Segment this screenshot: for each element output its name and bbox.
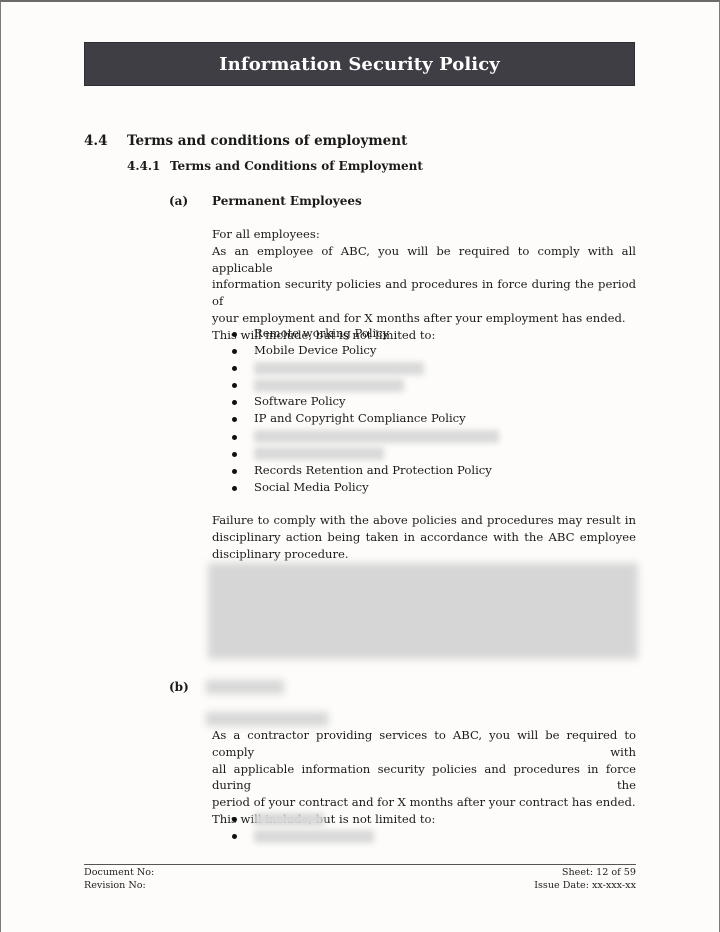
bullet-icon: [232, 486, 237, 491]
footer-divider: [84, 864, 636, 865]
redacted-item: [254, 813, 324, 826]
redacted-item: [254, 447, 384, 460]
redacted-paragraph: [208, 563, 638, 659]
sheet-number: Sheet: 12 of 59: [534, 867, 636, 880]
subsection-heading: 4.4.1Terms and Conditions of Employment: [127, 159, 423, 173]
policy-name: Software Policy: [254, 394, 346, 408]
part-b-policy-list: [230, 810, 374, 844]
policy-list-item: Mobile Device Policy: [230, 342, 499, 359]
intro-line: information security policies and proced…: [212, 276, 636, 310]
intro-line: As an employee of ABC, you will be requi…: [212, 243, 636, 277]
policy-name: Social Media Policy: [254, 480, 369, 494]
bullet-icon: [232, 417, 237, 422]
part-a-title: Permanent Employees: [212, 194, 362, 208]
bullet-icon: [232, 834, 237, 839]
policy-name: Records Retention and Protection Policy: [254, 463, 492, 477]
policy-list-item: [230, 445, 499, 462]
section-title: Terms and conditions of employment: [127, 133, 407, 149]
policy-list-item: IP and Copyright Compliance Policy: [230, 410, 499, 427]
subsection-title: Terms and Conditions of Employment: [170, 159, 423, 173]
document-number-label: Document No:: [84, 867, 154, 880]
bullet-icon: [232, 400, 237, 405]
bullet-icon: [232, 349, 237, 354]
part-b-line: period of your contract and for X months…: [212, 794, 636, 811]
bullet-icon: [232, 817, 237, 822]
policy-list-item: Software Policy: [230, 393, 499, 410]
redacted-part-b-title: [206, 680, 284, 694]
intro-line: For all employees:: [212, 226, 636, 243]
part-b-label: (b): [169, 680, 189, 694]
part-a-label: (a): [169, 194, 212, 208]
section-number: 4.4: [84, 133, 127, 149]
consequence-line: Failure to comply with the above policie…: [212, 512, 636, 529]
footer-left: Document No: Revision No:: [84, 867, 154, 892]
bullet-icon: [232, 383, 237, 388]
policy-name: Mobile Device Policy: [254, 343, 376, 357]
part-a-heading: (a)Permanent Employees: [169, 194, 362, 208]
policy-list-item: [230, 428, 499, 445]
redacted-item: [254, 830, 374, 843]
part-b-line: As a contractor providing services to AB…: [212, 727, 636, 761]
redacted-item: [254, 362, 424, 375]
consequence-line: disciplinary procedure.: [212, 546, 636, 563]
policy-list-item: [230, 827, 374, 844]
bullet-icon: [232, 452, 237, 457]
document-header-bar: Information Security Policy: [84, 42, 635, 86]
policy-list-item: Records Retention and Protection Policy: [230, 462, 499, 479]
footer-right: Sheet: 12 of 59 Issue Date: xx-xxx-xx: [534, 867, 636, 892]
policy-list-item: Social Media Policy: [230, 479, 499, 496]
bullet-icon: [232, 332, 237, 337]
issue-date: Issue Date: xx-xxx-xx: [534, 880, 636, 893]
bullet-icon: [232, 366, 237, 371]
part-b-line: all applicable information security poli…: [212, 761, 636, 795]
redacted-item: [254, 379, 404, 392]
section-heading: 4.4Terms and conditions of employment: [84, 133, 407, 149]
policy-name: Remote working Policy: [254, 326, 389, 340]
policy-list-item: [230, 359, 499, 376]
revision-number-label: Revision No:: [84, 880, 154, 893]
consequence-line: disciplinary action being taken in accor…: [212, 529, 636, 546]
bullet-icon: [232, 469, 237, 474]
redacted-item: [254, 430, 499, 443]
policy-name: IP and Copyright Compliance Policy: [254, 411, 466, 425]
document-title: Information Security Policy: [219, 54, 500, 75]
redacted-part-b-intro: [206, 712, 328, 726]
policy-list-item: [230, 376, 499, 393]
bullet-icon: [232, 435, 237, 440]
policy-list-item: Remote working Policy: [230, 325, 499, 342]
part-a-policy-list: Remote working PolicyMobile Device Polic…: [230, 325, 499, 496]
part-a-consequence: Failure to comply with the above policie…: [212, 512, 636, 562]
subsection-number: 4.4.1: [127, 159, 170, 173]
policy-list-item: [230, 810, 374, 827]
